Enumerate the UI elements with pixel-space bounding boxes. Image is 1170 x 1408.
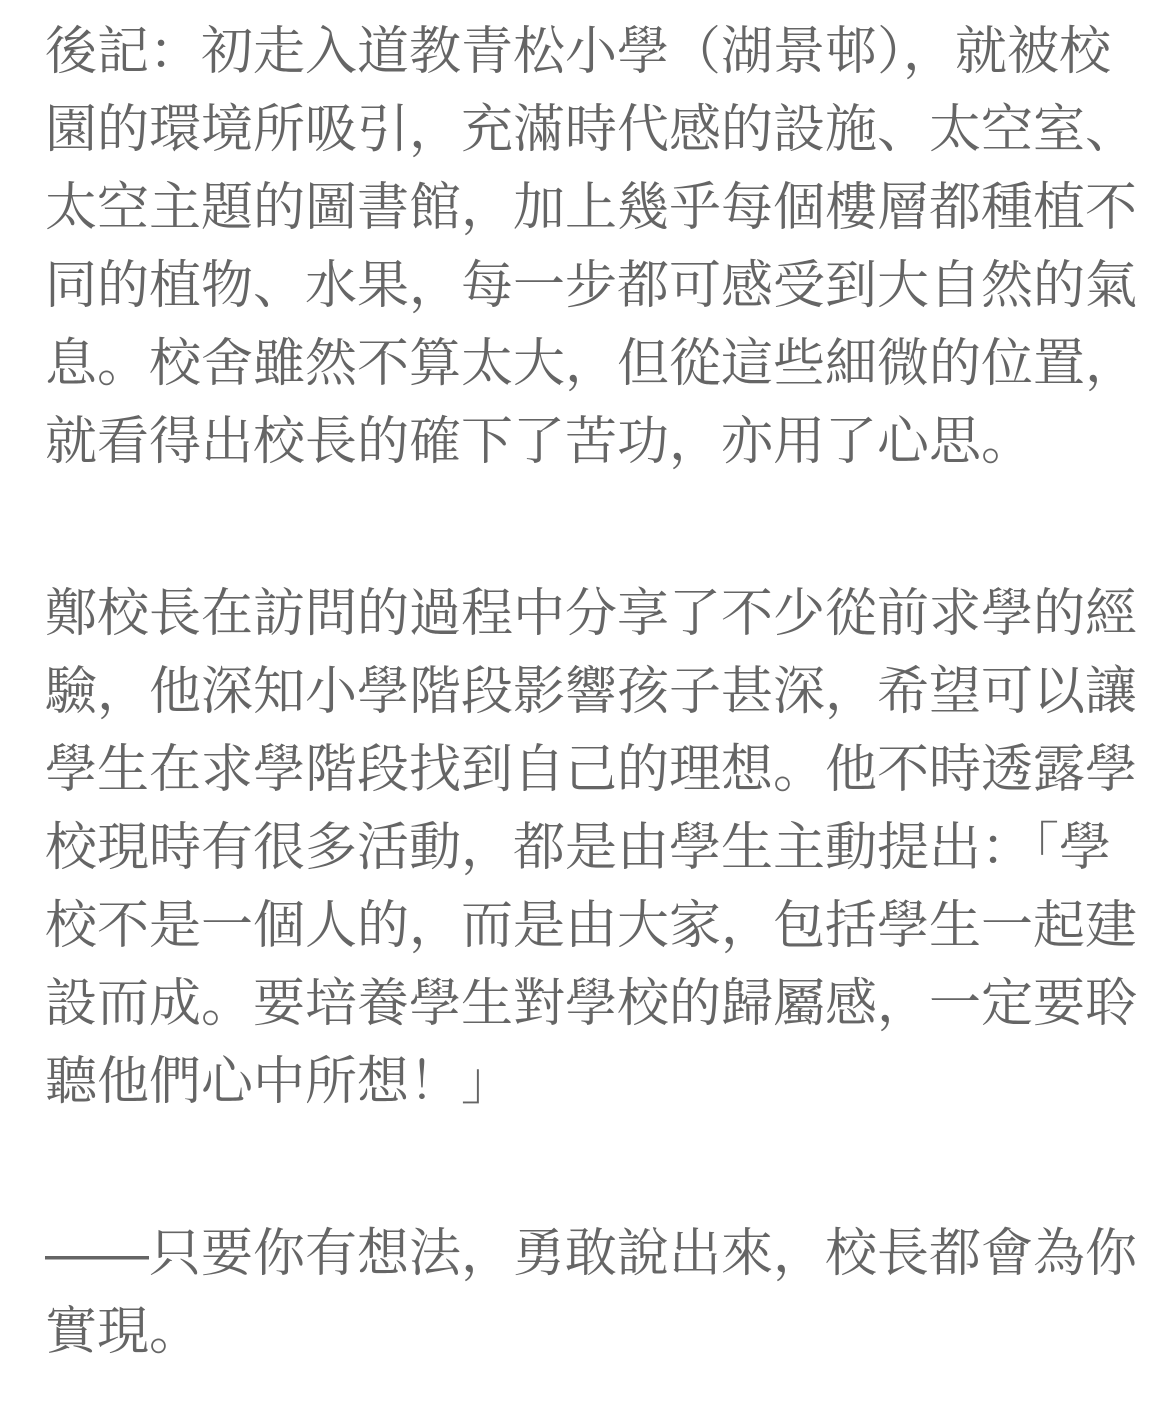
text-line: 息。校舍雖然不算太大，但從這些細微的位置，: [45, 325, 1140, 403]
text-line: ——只要你有想法，勇敢說出來，校長都會為你: [45, 1215, 1140, 1293]
page: 後記：初走入道教青松小學（湖景邨），就被校園的環境所吸引，充滿時代感的設施、太空…: [0, 0, 1170, 1408]
text-line: 校不是一個人的，而是由大家，包括學生一起建: [45, 887, 1140, 965]
text-line: 園的環境所吸引，充滿時代感的設施、太空室、: [45, 91, 1140, 169]
paragraph-2: 鄭校長在訪問的過程中分享了不少從前求學的經驗，他深知小學階段影響孩子甚深，希望可…: [45, 575, 1140, 1121]
text-line: 同的植物、水果，每一步都可感受到大自然的氣: [45, 247, 1140, 325]
text-line: 聽他們心中所想！」: [45, 1043, 1140, 1121]
text-line: 後記：初走入道教青松小學（湖景邨），就被校: [45, 13, 1140, 91]
text-line: 就看得出校長的確下了苦功，亦用了心思。: [45, 403, 1140, 481]
text-line: 鄭校長在訪問的過程中分享了不少從前求學的經: [45, 575, 1140, 653]
article-text: 後記：初走入道教青松小學（湖景邨），就被校園的環境所吸引，充滿時代感的設施、太空…: [45, 13, 1140, 1371]
text-line: 設而成。要培養學生對學校的歸屬感，一定要聆: [45, 965, 1140, 1043]
text-line: 校現時有很多活動，都是由學生主動提出：「學: [45, 809, 1140, 887]
paragraph-1: 後記：初走入道教青松小學（湖景邨），就被校園的環境所吸引，充滿時代感的設施、太空…: [45, 13, 1140, 481]
text-line: 驗，他深知小學階段影響孩子甚深，希望可以讓: [45, 653, 1140, 731]
paragraph-3: ——只要你有想法，勇敢說出來，校長都會為你實現。: [45, 1215, 1140, 1371]
text-line: 學生在求學階段找到自己的理想。他不時透露學: [45, 731, 1140, 809]
text-line: 實現。: [45, 1293, 1140, 1371]
text-line: 太空主題的圖書館，加上幾乎每個樓層都種植不: [45, 169, 1140, 247]
